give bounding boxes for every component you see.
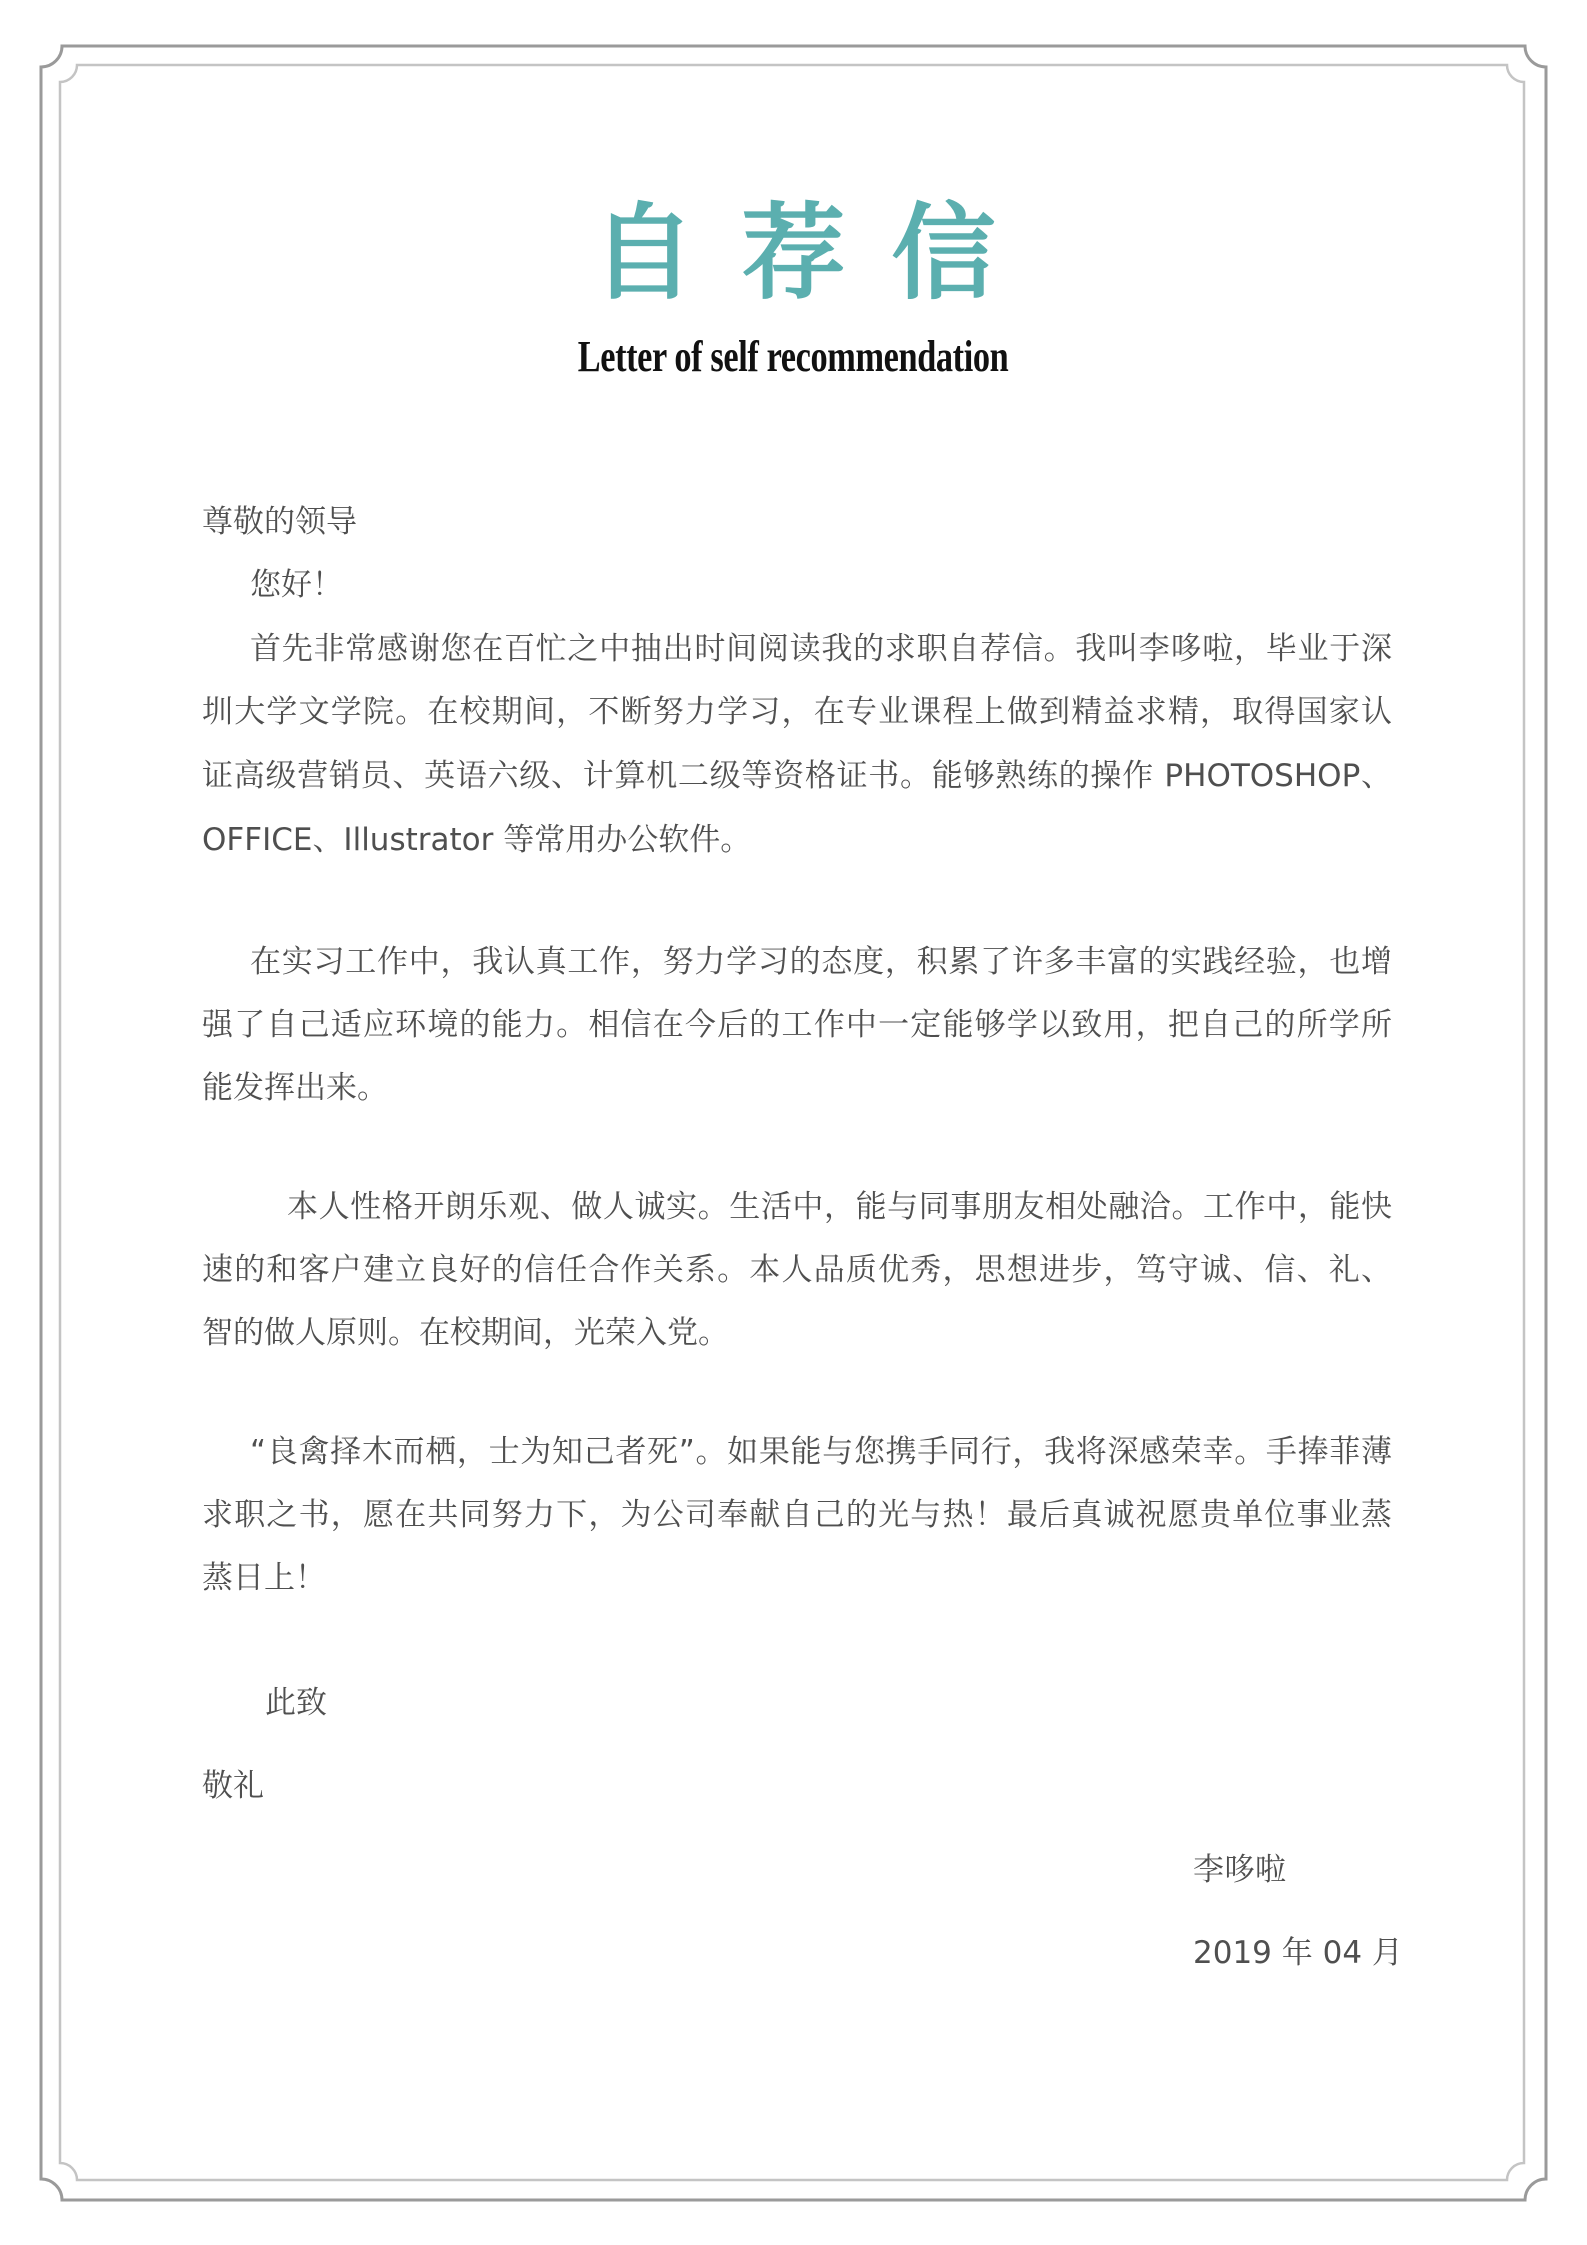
paragraph-line: 速的和客户建立良好的信任合作关系。本人品质优秀，思想进步，笃守诚、信、礼、 [202,1248,1392,1292]
signature-date: 2019 年 04 月 [1193,1931,1403,1975]
paragraph-line: 圳大学文学院。在校期间，不断努力学习，在专业课程上做到精益求精，取得国家认 [202,690,1392,734]
signature-name: 李哆啦 [1193,1848,1286,1892]
document-subtitle: Letter of self recommendation [0,332,1587,382]
document-title: 自荐信 [0,188,1587,318]
paragraph-line: OFFICE、Illustrator 等常用办公软件。 [202,818,1392,862]
paragraph-line: 在实习工作中，我认真工作，努力学习的态度，积累了许多丰富的实践经验，也增 [250,940,1392,984]
paragraph-line: 求职之书，愿在共同努力下，为公司奉献自己的光与热！最后真诚祝愿贵单位事业蒸 [202,1493,1392,1537]
salutation: 尊敬的领导 [202,500,1392,544]
paragraph-line: “良禽择木而栖，士为知己者死”。如果能与您携手同行，我将深感荣幸。手捧菲薄 [250,1430,1392,1474]
closing-regards-1: 此致 [265,1681,327,1725]
paragraph-line: 本人性格开朗乐观、做人诚实。生活中，能与同事朋友相处融洽。工作中，能快 [287,1185,1392,1229]
paragraph-line: 证高级营销员、英语六级、计算机二级等资格证书。能够熟练的操作 PHOTOSHOP… [202,754,1392,798]
subtitle-text: Letter of self recommendation [578,332,1009,382]
greeting: 您好！ [250,563,1392,607]
paragraph-line: 能发挥出来。 [202,1066,1392,1110]
inner-border [60,65,1524,2180]
paragraph-line: 强了自己适应环境的能力。相信在今后的工作中一定能够学以致用，把自己的所学所 [202,1003,1392,1047]
closing-regards-2: 敬礼 [202,1764,264,1808]
paragraph-line: 蒸日上！ [202,1556,1392,1600]
paragraph-line: 首先非常感谢您在百忙之中抽出时间阅读我的求职自荐信。我叫李哆啦，毕业于深 [250,627,1392,671]
paragraph-line: 智的做人原则。在校期间，光荣入党。 [202,1311,1392,1355]
